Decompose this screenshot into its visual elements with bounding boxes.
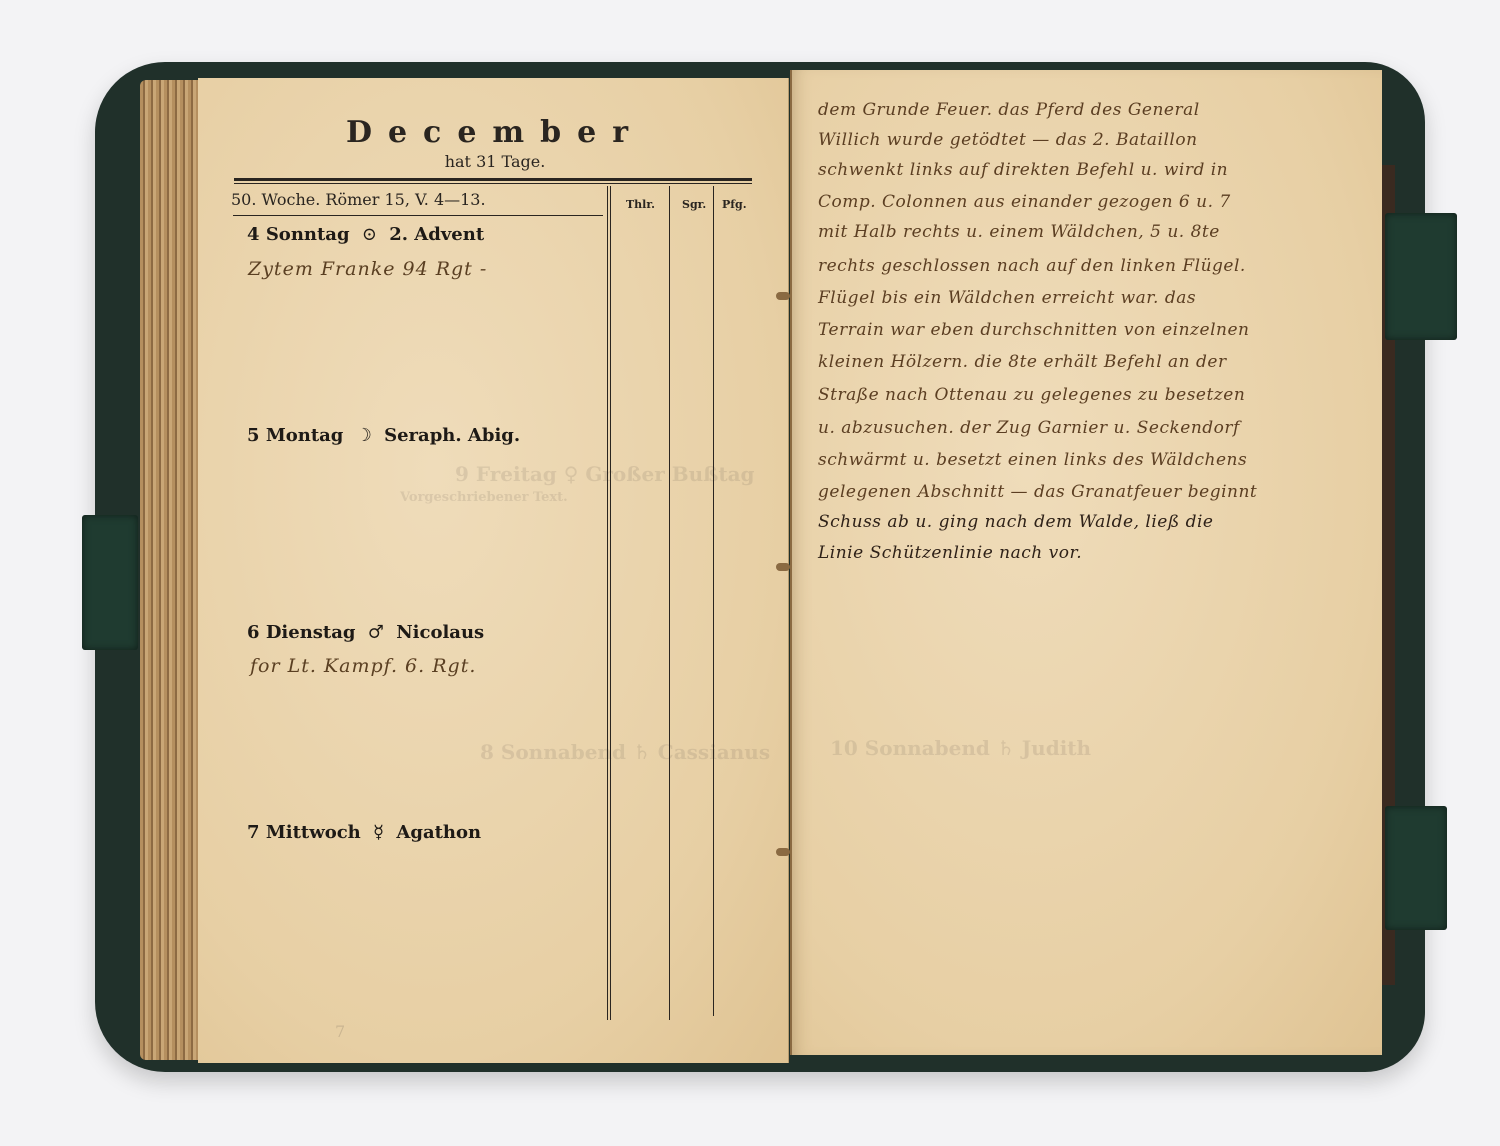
day-number: 7 <box>247 822 260 843</box>
month-subtitle: hat 31 Tage. <box>200 152 790 171</box>
weekday: Sonntag <box>266 224 350 245</box>
weekday: Mittwoch <box>266 822 361 843</box>
handwritten-line: Straße nach Ottenau zu gelegenes zu bese… <box>818 385 1363 405</box>
handwritten-line: Schuss ab u. ging nach dem Walde, ließ d… <box>818 512 1363 532</box>
binding-stitch <box>776 292 790 300</box>
day-entry-6: 6 Dienstag ♂ Nicolaus <box>247 622 484 643</box>
bleed-through-text: 9 Freitag ♀ Großer Bußtag <box>455 462 755 486</box>
weekday: Dienstag <box>266 622 356 643</box>
day-number: 4 <box>247 224 260 245</box>
month-title: December <box>200 115 790 150</box>
saint-name: Seraph. Abig. <box>384 425 520 446</box>
saint-name: Nicolaus <box>396 622 484 643</box>
feast-name: 2. Advent <box>389 224 484 245</box>
week-rule <box>233 215 603 216</box>
column-divider <box>610 186 611 1020</box>
day-entry-7: 7 Mittwoch ☿ Agathon <box>247 822 481 843</box>
binding-stitch <box>776 563 790 571</box>
handwritten-line: kleinen Hölzern. die 8te erhält Befehl a… <box>818 352 1363 372</box>
handwritten-line: gelegenen Abschnitt — das Granatfeuer be… <box>818 482 1363 502</box>
bleed-through-text: 8 Sonnabend ♄ Cassianus <box>480 740 770 764</box>
handwritten-line: Comp. Colonnen aus einander gezogen 6 u.… <box>818 192 1363 212</box>
column-divider <box>713 186 714 1016</box>
header-rule-thin <box>234 183 752 184</box>
binding-stitch <box>776 848 790 856</box>
day-entry-5: 5 Montag ☽ Seraph. Abig. <box>247 425 520 446</box>
handwritten-line: mit Halb rechts u. einem Wäldchen, 5 u. … <box>818 222 1363 242</box>
column-divider <box>607 186 608 1020</box>
left-cover-strap <box>82 515 138 650</box>
mercury-icon: ☿ <box>373 822 384 843</box>
column-divider <box>669 186 670 1020</box>
handwritten-line: rechts geschlossen nach auf den linken F… <box>818 256 1363 276</box>
weekday: Montag <box>266 425 344 446</box>
handwritten-line: schwärmt u. besetzt einen links des Wäld… <box>818 450 1363 470</box>
handwritten-line: schwenkt links auf direkten Befehl u. wi… <box>818 160 1363 180</box>
bleed-through-text: 10 Sonnabend ♄ Judith <box>830 736 1091 760</box>
column-header-thaler: Thlr. <box>626 198 655 211</box>
handwritten-line: dem Grunde Feuer. das Pferd des General <box>818 100 1363 120</box>
saint-name: Agathon <box>396 822 481 843</box>
handwritten-line: u. abzusuchen. der Zug Garnier u. Secken… <box>818 418 1363 438</box>
week-line: 50. Woche. Römer 15, V. 4—13. <box>231 190 486 209</box>
sun-icon: ⊙ <box>362 224 377 245</box>
day-entry-4: 4 Sonntag ⊙ 2. Advent <box>247 224 484 245</box>
right-cover-strap-bottom <box>1385 806 1447 930</box>
mars-icon: ♂ <box>368 622 384 643</box>
page-number: 7 <box>335 1022 345 1041</box>
moon-icon: ☽ <box>356 425 372 446</box>
day-number: 5 <box>247 425 260 446</box>
column-header-silbergroschen: Sgr. <box>682 198 706 211</box>
bleed-through-text: Vorgeschriebener Text. <box>400 490 568 505</box>
handwritten-line: Terrain war eben durchschnitten von einz… <box>818 320 1363 340</box>
handwritten-note: for Lt. Kampf. 6. Rgt. <box>250 655 476 677</box>
header-rule-thick <box>234 178 752 181</box>
handwritten-line: Willich wurde getödtet — das 2. Bataillo… <box>818 130 1363 150</box>
column-header-pfennig: Pfg. <box>722 198 747 211</box>
handwritten-line: Linie Schützenlinie nach vor. <box>818 543 1363 563</box>
handwritten-line: Flügel bis ein Wäldchen erreicht war. da… <box>818 288 1363 308</box>
day-number: 6 <box>247 622 260 643</box>
right-cover-strap-top <box>1385 213 1457 340</box>
handwritten-note: Zytem Franke 94 Rgt - <box>248 258 487 280</box>
